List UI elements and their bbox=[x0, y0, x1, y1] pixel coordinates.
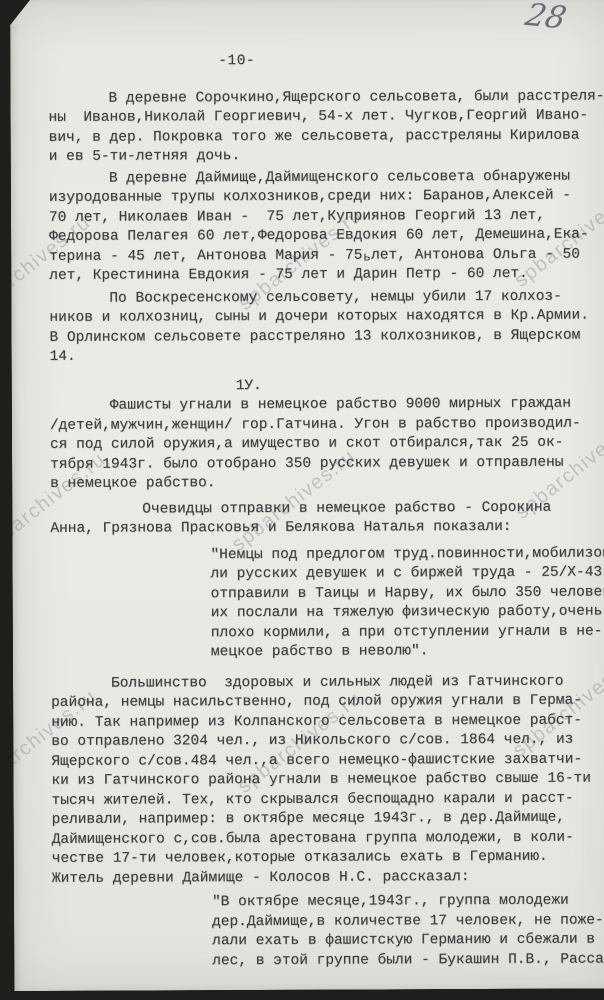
text-line: мецкое рабство в неволю". bbox=[211, 641, 604, 662]
text-line: нию. Так например из Колпанского сельсов… bbox=[51, 711, 604, 733]
text-line: /детей,мужчин,женщин/ гор.Гатчина. Угон … bbox=[50, 414, 604, 436]
text-line: Анна, Грязнова Прасковья и Белякова Ната… bbox=[50, 517, 604, 539]
text-line: "Немцы под предлогом труд.повинности,моб… bbox=[210, 544, 604, 565]
text-paragraph: В деревне Сорочкино,Ящерского сельсовета… bbox=[48, 87, 602, 167]
section-heading: 1У. bbox=[50, 375, 604, 397]
text-line: В деревне Даймище,Даймищенского сельсове… bbox=[49, 167, 603, 189]
text-line: "В октябре месяце,1943г., группа молодеж… bbox=[212, 891, 604, 912]
text-line: Житель деревни Даймище - Колосов Н.С. ра… bbox=[52, 867, 604, 889]
scan-background: 28 ь -10- В деревне Сорочкино,Ящерского … bbox=[0, 0, 604, 1000]
text-line: В Орлинском сельсовете расстреляно 13 ко… bbox=[49, 326, 603, 348]
text-line: дер.Даймище,в количестве 17 человек, не … bbox=[212, 911, 604, 932]
document-text: -10- В деревне Сорочкино,Ящерского сельс… bbox=[48, 0, 604, 972]
text-line: Федорова Пелагея 60 лет,Федорова Евдокия… bbox=[49, 226, 603, 248]
text-line: честве 17-ти человек,которые отказались … bbox=[52, 847, 604, 869]
quote-block: "Немцы под предлогом труд.повинности,моб… bbox=[210, 544, 604, 663]
text-line: ны Иванов,Николай Георгиевич, 54-х лет. … bbox=[48, 107, 602, 129]
text-line: отправили в Таицы и Нарву, их было 350 ч… bbox=[211, 583, 604, 604]
text-line: их послали на тяжелую физическую работу,… bbox=[211, 602, 604, 623]
text-line: в немецкое рабство. bbox=[50, 472, 604, 494]
text-line: ся под силой оружия,а имущество и скот о… bbox=[50, 434, 604, 456]
text-paragraph: По Воскресенскому сельсовету, немцы убил… bbox=[49, 287, 603, 367]
page-number-label: -10- bbox=[48, 51, 602, 73]
text-line: вич, в дер. Покровка того же сельсовета,… bbox=[49, 126, 603, 148]
text-line: ки из Гатчинского района угнали в немецк… bbox=[51, 769, 604, 791]
text-line: Ящерского с/сов.484 чел.,а всего немецко… bbox=[51, 750, 604, 772]
text-line: лет, Крестинина Евдокия - 75 лет и Дарин… bbox=[49, 265, 603, 287]
text-line: 14. bbox=[50, 346, 604, 368]
text-line: Даймищенского с,сов.была арестована груп… bbox=[52, 828, 604, 850]
text-line: Большинство здоровых и сильных людей из … bbox=[51, 672, 604, 694]
text-line: лали ехать в фашистскую Германию и сбежа… bbox=[212, 930, 604, 951]
text-line: тября 1943г. было отобрано 350 русских д… bbox=[50, 453, 604, 475]
text-line: района, немцы насильственно, под силой о… bbox=[51, 691, 604, 713]
text-line: ли русских девушек и с биржей труда - 25… bbox=[210, 563, 604, 584]
text-paragraph: В деревне Даймище,Даймищенского сельсове… bbox=[49, 167, 604, 286]
text-line: 70 лет, Николаев Иван - 75 лет,Куприянов… bbox=[49, 206, 603, 228]
text-paragraph: Фашисты угнали в немецкое рабство 9000 м… bbox=[50, 395, 604, 495]
text-line: реливали, например: в октябре месяце 194… bbox=[52, 808, 604, 830]
text-line: терина - 45 лет, Антонова Мария - 75 лет… bbox=[49, 245, 603, 267]
text-line: В деревне Сорочкино,Ящерского сельсовета… bbox=[48, 87, 602, 109]
text-line: тысяч жителей. Тех, кто скрывался беспощ… bbox=[51, 789, 604, 811]
text-line: плохо кормили, а при отступлении угнали … bbox=[211, 622, 604, 643]
text-paragraph: Большинство здоровых и сильных людей из … bbox=[51, 672, 604, 889]
text-line: Очевидцы отправки в немецкое рабство - С… bbox=[50, 498, 604, 520]
text-line: ников и колхозниц, сыны и дочери которых… bbox=[49, 307, 603, 329]
text-line: Фашисты угнали в немецкое рабство 9000 м… bbox=[50, 395, 604, 417]
quote-block: "В октябре месяце,1943г., группа молодеж… bbox=[212, 891, 604, 971]
text-line: По Воскресенскому сельсовету, немцы убил… bbox=[49, 287, 603, 309]
text-paragraph: Очевидцы отправки в немецкое рабство - С… bbox=[50, 498, 604, 539]
text-line: лес, в этой группе были - Букашин П.В., … bbox=[212, 950, 604, 971]
document-page: 28 ь -10- В деревне Сорочкино,Ящерского … bbox=[10, 0, 604, 991]
text-line: во отправлено 3204 чел., из Никольского … bbox=[51, 730, 604, 752]
text-line: изуродованные трупы колхозников,среди ни… bbox=[49, 187, 603, 209]
text-line: и ев 5-ти-летняя дочь. bbox=[49, 146, 603, 168]
